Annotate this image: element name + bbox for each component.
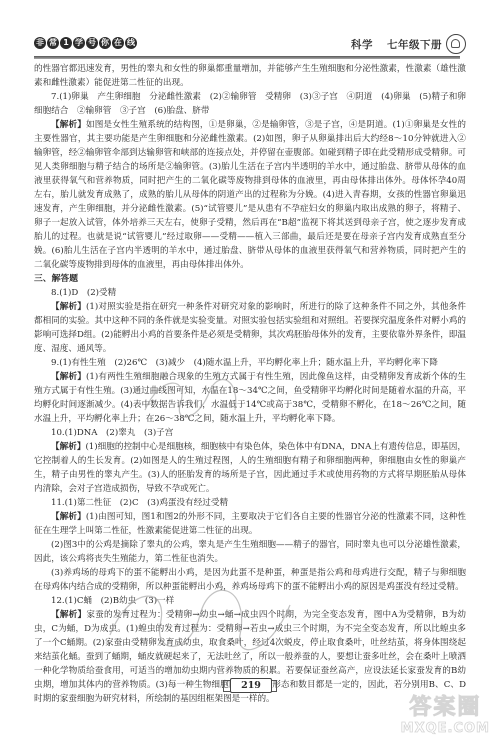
analysis-tag: 【解析】 bbox=[51, 442, 85, 452]
page-content: 的性器官都迅速发育，男性的睾丸和女性的卵巢都重量增加，并能够产生生殖细胞和分泌性… bbox=[34, 62, 466, 706]
analysis-text: (1)由图可知，图1和图2的外形不同，主要取决于它们各自主要的性器官分泌的性激素… bbox=[34, 512, 466, 536]
logo-glyph: 1 bbox=[60, 37, 72, 49]
logo-glyph: 学 bbox=[73, 37, 85, 49]
logo-glyph: 号 bbox=[86, 37, 98, 49]
q7-analysis: 【解析】如图是女性生殖系统的结构图，①是卵巢，②是输卵管，③是子宫，④是阴道。(… bbox=[34, 118, 466, 272]
q11-analysis-2: (2)图3中的公鸡是摘除了睾丸的公鸡，睾丸是产生生殖细胞——精子的器官，同时睾丸… bbox=[34, 538, 466, 566]
q11-answer: 11.(1)第二性征 (2)C (3)鸡蛋没有经过受精 bbox=[34, 496, 466, 510]
analysis-tag: 【解析】 bbox=[51, 302, 86, 312]
page-number: 219 bbox=[230, 678, 272, 693]
subject-label: 科学 bbox=[351, 37, 373, 52]
watermark-url: MXQE.COM bbox=[401, 721, 490, 736]
q8-analysis: 【解析】(1)对照实验是指在研究一种条件对研究对象的影响时，所进行的除了这种条件… bbox=[34, 300, 466, 356]
logo-glyph: 你 bbox=[99, 37, 111, 49]
analysis-tag: 【解析】 bbox=[51, 120, 86, 130]
analysis-text: (1)对照实验是指在研究一种条件对研究对象的影响时，所进行的除了这种条件不同之外… bbox=[34, 302, 466, 354]
analysis-tag: 【解析】 bbox=[51, 610, 86, 620]
q9-answer: 9.(1)有性生殖 (2)26℃ (3)减少 (4)随水温上升，平均孵化率上升；… bbox=[34, 356, 466, 370]
page-number-ribbon: 219 bbox=[222, 678, 278, 692]
analysis-text: (1)细胞的控制中心是细胞核，细胞核中有染色体，染色体中有DNA，DNA上有遗传… bbox=[34, 442, 466, 494]
q11-analysis: 【解析】(1)由图可知，图1和图2的外形不同，主要取决于它们各自主要的性器官分泌… bbox=[34, 510, 466, 538]
analysis-text: (1)有两性生殖细胞融合现象的生殖方式属于有性生殖，因此像鱼这样，由受精卵发育成… bbox=[34, 372, 466, 424]
section-heading: 三、解答题 bbox=[34, 272, 466, 286]
logo-glyph: 常 bbox=[47, 37, 59, 49]
q10-analysis: 【解析】(1)细胞的控制中心是细胞核，细胞核中有染色体，染色体中有DNA，DNA… bbox=[34, 440, 466, 496]
q10-answer: 10.(1)DNA (2)睾丸 (3)子宫 bbox=[34, 426, 466, 440]
header-right: 科学 七年级下册 bbox=[351, 34, 466, 54]
logo-glyph: 在 bbox=[112, 37, 124, 49]
paragraph: 的性器官都迅速发育，男性的睾丸和女性的卵巢都重量增加，并能够产生生殖细胞和分泌性… bbox=[34, 62, 466, 90]
site-watermark: 答案圈 MXQE.COM bbox=[401, 690, 490, 736]
analysis-text: 如图是女性生殖系统的结构图，①是卵巢，②是输卵管，③是子宫，④是阴道。(1)①卵… bbox=[34, 120, 466, 270]
q8-answer: 8.(1)D (2)受精 bbox=[34, 286, 466, 300]
q11-analysis-3: (3)养鸡场的母鸡下的蛋不能孵出小鸡，是因为此蛋不是种蛋，种蛋是指公鸡和母鸡进行… bbox=[34, 566, 466, 594]
q12-answer: 12.(1)C蛹 (2)B幼虫 (3)一样 bbox=[34, 594, 466, 608]
logo-glyph: 非 bbox=[34, 37, 46, 49]
q9-analysis: 【解析】(1)有两性生殖细胞融合现象的生殖方式属于有性生殖，因此像鱼这样，由受精… bbox=[34, 370, 466, 426]
school-emblem-icon bbox=[446, 34, 466, 54]
series-logo: 非 常 1 学 号 你 在 线 bbox=[34, 37, 137, 49]
analysis-tag: 【解析】 bbox=[51, 512, 86, 522]
grade-label: 七年级下册 bbox=[387, 37, 442, 52]
header-divider bbox=[34, 56, 460, 59]
watermark-logo: 答案圈 bbox=[401, 690, 490, 721]
logo-glyph: 线 bbox=[125, 37, 137, 49]
page-header: 非 常 1 学 号 你 在 线 科学 七年级下册 bbox=[34, 34, 466, 56]
q7-answer: 7.(1)卵巢 产生卵细胞 分泌雌性激素 (2)②输卵管 受精卵 (3)③子宫 … bbox=[34, 90, 466, 118]
analysis-tag: 【解析】 bbox=[51, 372, 86, 382]
document-page: 非 常 1 学 号 你 在 线 科学 七年级下册 的性器官都迅速发育，男性的睾丸… bbox=[0, 0, 500, 736]
